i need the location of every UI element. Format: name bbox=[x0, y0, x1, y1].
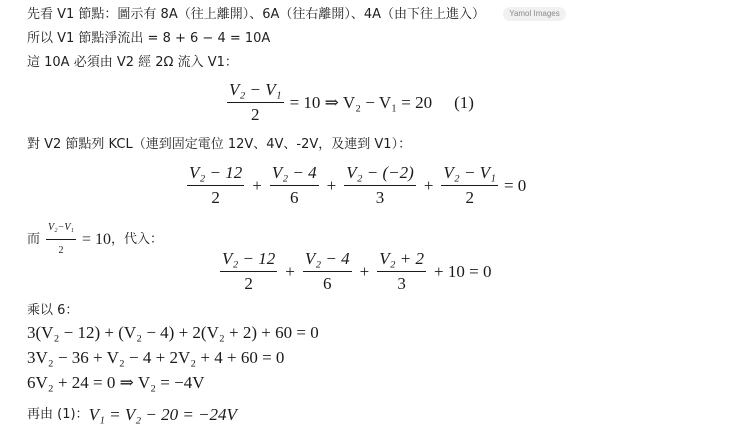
kcl-v2-line: 對 V2 節點列 KCL（連到固定電位 12V、4V、-2V，及連到 V1）： bbox=[27, 136, 411, 154]
equation-1: V₂ − V₁ 2 = 10 ⇒ V₂ − V₁ = 20 (1) bbox=[225, 80, 474, 125]
equation-2-kcl: V₂ − 12 2 + V₂ − 4 6 + V₂ − (−2) 3 + V₂ … bbox=[185, 163, 526, 208]
current-source-line: 這 10A 必須由 V2 經 2Ω 流入 V1： bbox=[27, 54, 238, 72]
step-3: 6V₂ + 24 = 0 ⇒ V₂ = −4V bbox=[27, 372, 204, 394]
fraction-term-2: V₂ − 4 6 bbox=[270, 163, 319, 208]
equation-2-rhs: = 0 bbox=[504, 176, 526, 196]
substitution-line: 而 V₂−V₁ 2 = 10 ，代入： bbox=[27, 219, 163, 260]
equation-3-rhs: + 10 = 0 bbox=[434, 262, 491, 282]
inline-rest: = 10 bbox=[82, 231, 111, 249]
final-prefix: 再由 (1)： bbox=[27, 406, 89, 424]
fraction-term-4: V₂ − V₁ 2 bbox=[441, 163, 498, 208]
equation-3-substituted: V₂ − 12 2 + V₂ − 4 6 + V₂ + 2 3 + 10 = 0 bbox=[218, 249, 491, 294]
substitution-suffix: ，代入： bbox=[111, 231, 163, 249]
multiply-line: 乘以 6： bbox=[27, 302, 78, 320]
plus-operator: + bbox=[360, 262, 370, 282]
final-line: 再由 (1)： V₁ = V₂ − 20 = −24V bbox=[27, 406, 237, 424]
plus-operator: + bbox=[285, 262, 295, 282]
fraction-term-2: V₂ − 4 6 bbox=[303, 249, 352, 294]
fraction-term-3: V₂ − (−2) 3 bbox=[344, 163, 416, 208]
equation-tag: (1) bbox=[454, 93, 474, 113]
fraction-term-1: V₂ − 12 2 bbox=[220, 249, 277, 294]
plus-operator: + bbox=[424, 176, 434, 196]
plus-operator: + bbox=[252, 176, 262, 196]
source-badge[interactable]: Yamol Images bbox=[503, 7, 566, 21]
equation-1-rest: = 10 ⇒ V₂ − V₁ = 20 bbox=[290, 93, 433, 113]
fraction-term-3: V₂ + 2 3 bbox=[377, 249, 426, 294]
net-outflow-line: 所以 V1 節點淨流出 = 8 + 6 − 4 = 10A bbox=[27, 30, 270, 48]
step-2: 3V₂ − 36 + V₂ − 4 + 2V₂ + 4 + 60 = 0 bbox=[27, 347, 284, 369]
fraction: V₂ − V₁ 2 bbox=[227, 80, 284, 125]
substitution-prefix: 而 bbox=[27, 231, 40, 249]
intro-text: 先看 V1 節點：圖示有 8A（往上離開）、6A（往右離開）、4A（由下往上進入… bbox=[27, 7, 485, 22]
intro-v1-node-line: 先看 V1 節點：圖示有 8A（往上離開）、6A（往右離開）、4A（由下往上進入… bbox=[27, 6, 566, 24]
inline-fraction: V₂−V₁ 2 bbox=[46, 219, 76, 260]
final-result: V₁ = V₂ − 20 = −24V bbox=[89, 406, 237, 424]
step-1: 3(V₂ − 12) + (V₂ − 4) + 2(V₂ + 2) + 60 =… bbox=[27, 322, 319, 344]
fraction-term-1: V₂ − 12 2 bbox=[187, 163, 244, 208]
plus-operator: + bbox=[327, 176, 337, 196]
